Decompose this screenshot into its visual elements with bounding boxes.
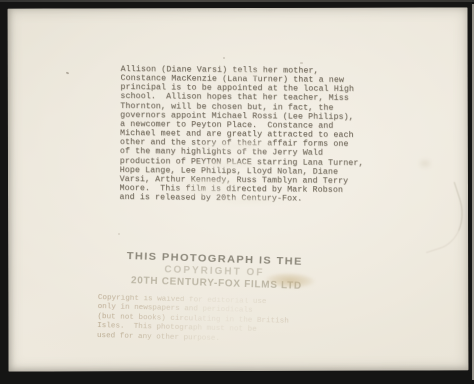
paper-speck	[118, 233, 120, 235]
paper-stain	[420, 160, 430, 167]
copyright-notice: Copyright is waived for editorial use on…	[97, 294, 289, 346]
scan-edge-top	[0, 0, 474, 2]
ink-smudge	[262, 270, 319, 291]
typed-caption: Allison (Diane Varsi) tells her mother, …	[119, 65, 372, 205]
paper-speck	[223, 57, 225, 59]
paper-speck	[300, 62, 303, 64]
photo-verso-scan: Allison (Diane Varsi) tells her mother, …	[0, 0, 474, 384]
